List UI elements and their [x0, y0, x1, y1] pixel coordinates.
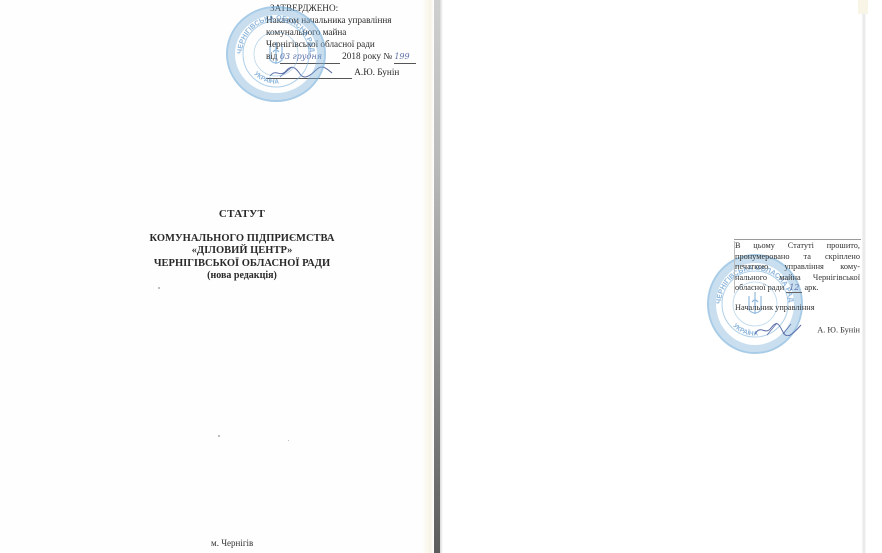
certification-block: В цьому Статуті прошито, пронумеровано т… [735, 241, 860, 336]
handwritten-page-count: 12 [786, 283, 802, 293]
scan-speck [288, 440, 289, 441]
right-page-corner [858, 0, 868, 14]
year-text: 2018 року № [342, 51, 392, 61]
official-stamp-left: ЧЕРНІГІВСЬКА ОБЛАСНА РАДА УКРАЇНА [226, 6, 326, 102]
title-line: ЧЕРНІГІВСЬКОЇ ОБЛАСНОЇ РАДИ [112, 258, 372, 271]
signer-name: А. Ю. Бунін [735, 322, 860, 336]
order-number-field: 199 [394, 50, 416, 64]
svg-text:УКРАЇНА: УКРАЇНА [253, 70, 280, 85]
signatory-name: А.Ю. Бунін [354, 67, 399, 77]
scanned-document-spread: ЗАТВЕРДЖЕНО: Наказом начальника управлін… [0, 0, 882, 553]
cert-line: В цьому Статуті прошито, [735, 241, 860, 252]
left-page-edge [422, 0, 434, 553]
cert-line: пронумеровано та скріплено [735, 252, 860, 263]
scan-speck [218, 435, 220, 437]
signer-title: Начальник управління [735, 303, 860, 314]
signature-scribble-icon [753, 322, 805, 336]
title-line: «ДІЛОВИЙ ЦЕНТР» [112, 245, 372, 258]
stamp-emblem-icon: ЧЕРНІГІВСЬКА ОБЛАСНА РАДА УКРАЇНА [228, 8, 324, 100]
document-title: СТАТУТ [112, 208, 372, 221]
cert-line: нального майна Чернігівської [735, 273, 860, 284]
cert-pages-line: обласної ради 12 арк. [735, 283, 860, 294]
cert-pages-suffix: арк. [804, 283, 818, 292]
scan-speck [158, 287, 160, 289]
cert-pages-prefix: обласної ради [735, 283, 784, 292]
edition-label: (нова редакція) [112, 270, 372, 283]
document-title-block: СТАТУТ КОМУНАЛЬНОГО ПІДПРИЄМСТВА «ДІЛОВИ… [112, 208, 372, 283]
title-line: КОМУНАЛЬНОГО ПІДПРИЄМСТВА [112, 233, 372, 246]
cert-line: печаткою управління кому- [735, 262, 860, 273]
right-page-edge [862, 0, 866, 553]
signer-name-text: А. Ю. Бунін [817, 325, 860, 334]
handwritten-order-number: 199 [394, 52, 409, 61]
city-label: м. Чернігів [211, 538, 253, 548]
svg-text:ЧЕРНІГІВСЬКА ОБЛАСНА РАДА: ЧЕРНІГІВСЬКА ОБЛАСНА РАДА [228, 8, 315, 54]
certification-top-rule [734, 239, 861, 240]
